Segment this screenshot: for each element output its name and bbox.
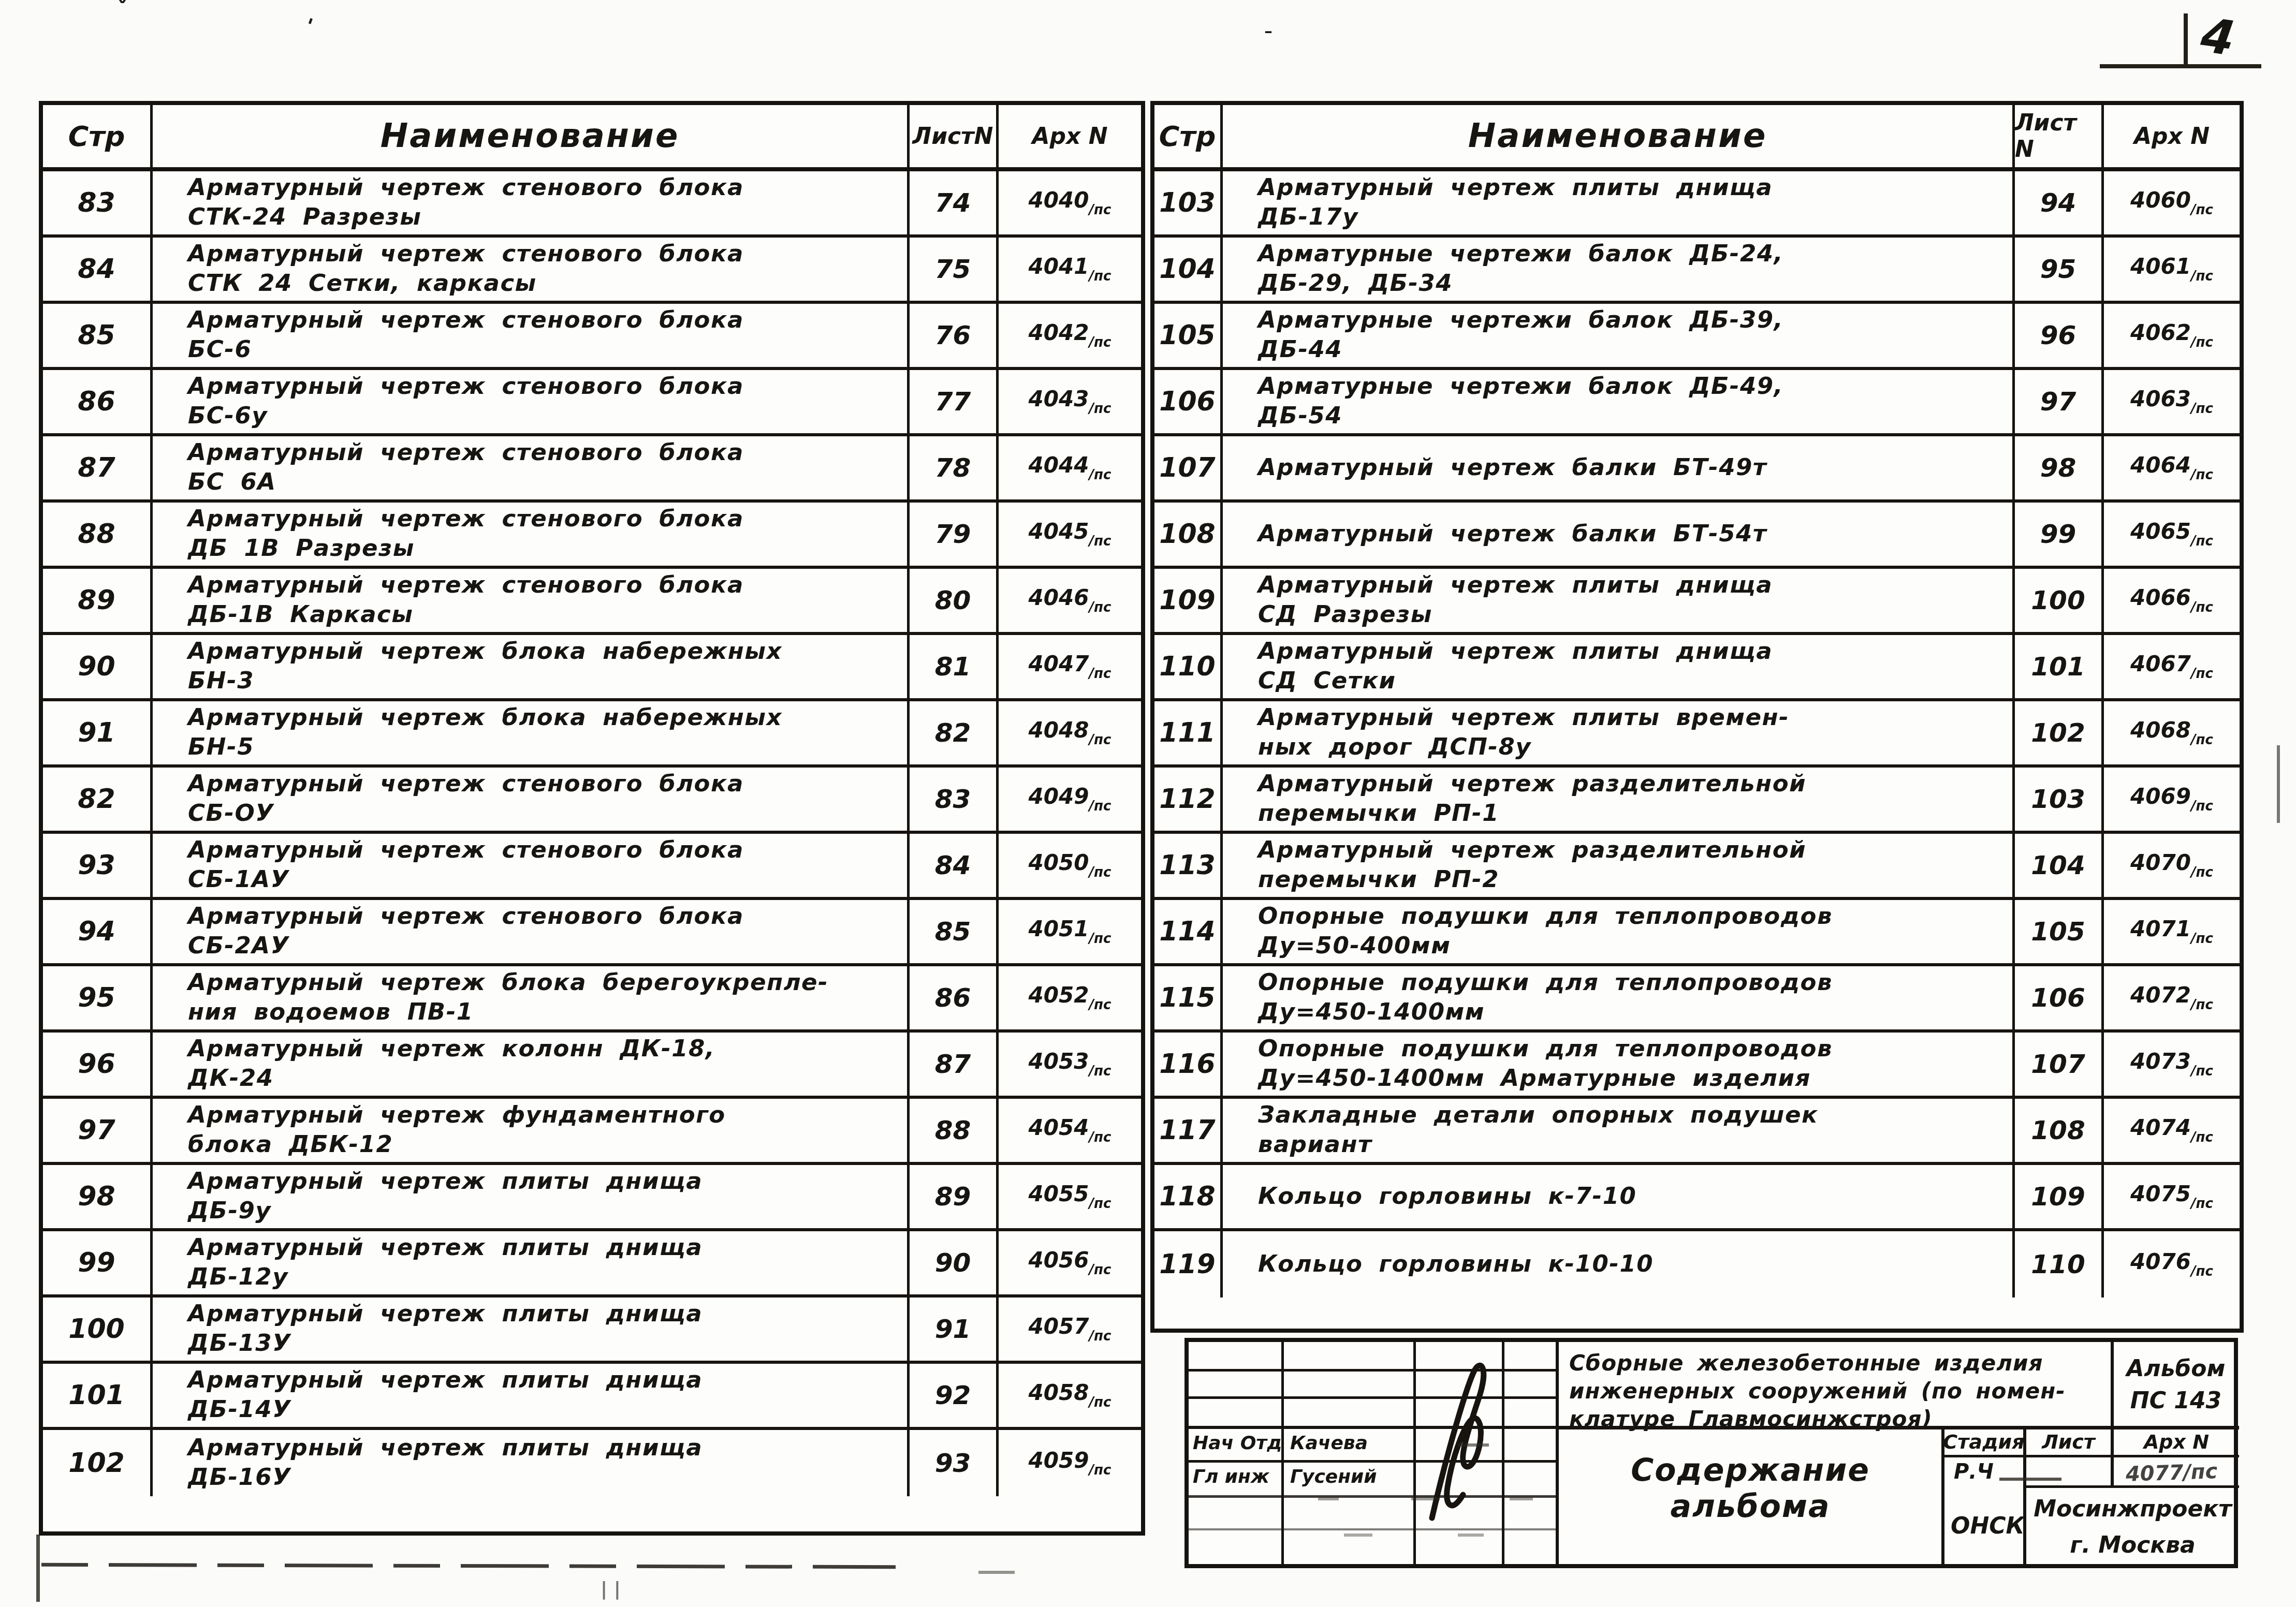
page-number: 109 — [1159, 585, 1216, 616]
arch-number-cell: 4045/пс — [999, 503, 1141, 566]
header-arch-label: Арх N — [2134, 123, 2210, 150]
arch-number-cell: 4061/пс — [2104, 238, 2240, 301]
drawing-title-cell: Арматурный чертеж колонн ДК-18, ДК-24 — [153, 1033, 910, 1096]
sheet-number: 95 — [2040, 254, 2076, 284]
arch-suffix: /пс — [1089, 468, 1111, 483]
drawing-title-cell: Арматурный чертеж плиты днища ДБ-9у — [153, 1165, 910, 1228]
page-number: 101 — [68, 1380, 125, 1411]
contents-table-left: Стр Наименование ЛистN Арх N 83Арматурны… — [39, 101, 1145, 1536]
staff-name-2: Гусений — [1290, 1466, 1377, 1487]
sheet-number-cell: 74 — [910, 171, 999, 234]
stray-mark — [1318, 1497, 1339, 1500]
table-row: 86Арматурный чертеж стенового блока БС-6… — [43, 370, 1141, 436]
sheet-number-cell: 99 — [2015, 503, 2104, 566]
page-number-cell: 91 — [43, 701, 153, 764]
page-number: 94 — [78, 916, 115, 947]
arch-number-cell: 4072/пс — [2104, 966, 2240, 1029]
sheet-number: 86 — [935, 983, 971, 1013]
table-row: 101Арматурный чертеж плиты днища ДБ-14У9… — [43, 1364, 1141, 1430]
arch-number: 4066/пс — [2130, 585, 2213, 615]
header-name-label: Наименование — [381, 117, 680, 155]
drawing-title: Арматурный чертеж стенового блока СБ-ОУ — [188, 769, 744, 828]
arch-number-cell: 4051/пс — [999, 900, 1141, 963]
stray-mark: ' — [302, 14, 316, 38]
arch-number: 4053/пс — [1029, 1049, 1112, 1079]
stray-mark: ˍ — [1263, 10, 1274, 34]
arch-number-cell: 4068/пс — [2104, 701, 2240, 764]
arch-number-cell: 4070/пс — [2104, 834, 2240, 897]
drawing-title-cell: Арматурный чертеж блока набережных БН-5 — [153, 701, 910, 764]
page-number-cell: 95 — [43, 966, 153, 1029]
arch-number: 4042/пс — [1029, 320, 1112, 350]
drawing-title: Арматурный чертеж плиты днища ДБ-12у — [188, 1232, 703, 1291]
sheet-frame-corner-horizontal — [2100, 64, 2261, 68]
table-row: 87Арматурный чертеж стенового блока БС 6… — [43, 436, 1141, 503]
drawing-title-cell: Закладные детали опорных подушек вариант — [1223, 1099, 2015, 1162]
divider — [1189, 1528, 1556, 1530]
sheet-number: 101 — [2031, 652, 2085, 682]
page-number-cell: 115 — [1154, 966, 1223, 1029]
arch-number: 4052/пс — [1029, 982, 1112, 1013]
contents-table-right: Стр Наименование Лист N Арх N 103Арматур… — [1150, 101, 2244, 1333]
sheet-number-cell: 104 — [2015, 834, 2104, 897]
header-page-column: Стр — [43, 105, 153, 167]
page-number-cell: 85 — [43, 304, 153, 367]
arch-number: 4057/пс — [1029, 1314, 1112, 1344]
drawing-title-cell: Арматурный чертеж блока набережных БН-3 — [153, 635, 910, 698]
sheet-number-cell: 97 — [2015, 370, 2104, 433]
project-name: Сборные железобетонные изделия инженерны… — [1569, 1349, 2108, 1433]
sheet-number: 94 — [2040, 188, 2076, 218]
arch-suffix: /пс — [2191, 932, 2213, 947]
arch-number: 4067/пс — [2130, 651, 2213, 682]
sheet-number: 107 — [2031, 1049, 2085, 1079]
department-code: ОНСК — [1951, 1513, 2024, 1539]
sheet-number: 76 — [935, 320, 971, 350]
table-row: 102Арматурный чертеж плиты днища ДБ-16У9… — [43, 1430, 1141, 1496]
table-row: 93Арматурный чертеж стенового блока СБ-1… — [43, 834, 1141, 900]
drawing-title: Арматурный чертеж плиты времен- ных доро… — [1258, 702, 1789, 761]
drawing-title-cell: Арматурный чертеж фундаментного блока ДБ… — [153, 1099, 910, 1162]
page-number: 96 — [78, 1049, 115, 1080]
divider — [1413, 1342, 1416, 1564]
drawing-title: Арматурный чертеж стенового блока СБ-1АУ — [188, 835, 744, 894]
arch-number-cell: 4044/пс — [999, 436, 1141, 499]
arch-suffix: /пс — [2191, 1264, 2213, 1280]
arch-suffix: /пс — [1089, 269, 1111, 285]
drawing-title-cell: Арматурный чертеж стенового блока ДБ 1В … — [153, 503, 910, 566]
arch-suffix: /пс — [1089, 1197, 1111, 1212]
arch-number: 4074/пс — [2130, 1115, 2213, 1145]
sheet-number: 89 — [935, 1182, 971, 1212]
sheet-number-cell: 90 — [910, 1231, 999, 1294]
sheet-number: 99 — [2040, 519, 2076, 549]
page-number: 4 — [2198, 7, 2238, 67]
page-number: 119 — [1159, 1249, 1216, 1280]
page-number-cell: 108 — [1154, 503, 1223, 566]
page-number-cell: 99 — [43, 1231, 153, 1294]
arch-number-cell: 4064/пс — [2104, 436, 2240, 499]
sheet-number: 81 — [935, 652, 971, 682]
arch-number-cell: 4054/пс — [999, 1099, 1141, 1162]
table-row: 96Арматурный чертеж колонн ДК-18, ДК-248… — [43, 1033, 1141, 1099]
table-row: 119Кольцо горловины к-10-101104076/пс — [1154, 1231, 2240, 1298]
sheet-number-cell: 81 — [910, 635, 999, 698]
sheet-number-cell: 100 — [2015, 569, 2104, 632]
arch-number: 4056/пс — [1029, 1247, 1112, 1278]
arch-number-cell: 4048/пс — [999, 701, 1141, 764]
drawing-title-cell: Арматурный чертеж плиты времен- ных доро… — [1223, 701, 2015, 764]
drawing-title: Арматурные чертежи балок ДБ-39, ДБ-44 — [1258, 305, 1783, 364]
arch-number: 4047/пс — [1029, 651, 1112, 682]
page-number: 87 — [78, 452, 115, 483]
sheet-number: 80 — [935, 585, 971, 615]
table-row: 116Опорные подушки для теплопроводов Ду=… — [1154, 1033, 2240, 1099]
header-name-column: Наименование — [1223, 105, 2015, 167]
page-number-cell: 103 — [1154, 171, 1223, 234]
drawing-title-cell: Арматурные чертежи балок ДБ-24, ДБ-29, Д… — [1223, 238, 2015, 301]
arch-number-cell: 4066/пс — [2104, 569, 2240, 632]
page-number: 82 — [78, 784, 115, 815]
page-number: 107 — [1159, 452, 1216, 483]
page-number: 104 — [1159, 254, 1216, 285]
arch-suffix: /пс — [1089, 733, 1111, 748]
sheet-number-cell: 79 — [910, 503, 999, 566]
page-number-cell: 114 — [1154, 900, 1223, 963]
arch-number: 4049/пс — [1029, 784, 1112, 814]
arch-number: 4059/пс — [1029, 1448, 1112, 1478]
table-row: 83Арматурный чертеж стенового блока СТК-… — [43, 171, 1141, 238]
drawing-title-cell: Арматурный чертеж плиты днища ДБ-14У — [153, 1364, 910, 1427]
arch-number: 4045/пс — [1029, 519, 1112, 549]
arch-suffix: /пс — [1089, 600, 1111, 616]
arch-number-cell: 4076/пс — [2104, 1231, 2240, 1298]
arch-number-cell: 4069/пс — [2104, 768, 2240, 831]
page-number-cell: 116 — [1154, 1033, 1223, 1096]
stray-mark — [1411, 1497, 1440, 1500]
drawing-title: Арматурный чертеж плиты днища ДБ-16У — [188, 1433, 703, 1492]
page-number-cell: 84 — [43, 238, 153, 301]
drawing-title-cell: Арматурные чертежи балок ДБ-39, ДБ-44 — [1223, 304, 2015, 367]
arch-number-cell: 4052/пс — [999, 966, 1141, 1029]
drawing-title: Арматурный чертеж плиты днища СД Сетки — [1258, 636, 1773, 695]
drawing-title-cell: Арматурный чертеж разделительной перемыч… — [1223, 834, 2015, 897]
drawing-title-cell: Арматурный чертеж стенового блока БС 6А — [153, 436, 910, 499]
table-row: 115Опорные подушки для теплопроводов Ду=… — [1154, 966, 2240, 1033]
page-number-cell: 112 — [1154, 768, 1223, 831]
sheet-number-cell: 101 — [2015, 635, 2104, 698]
page-number: 83 — [78, 187, 115, 218]
drawing-title: Кольцо горловины к-10-10 — [1258, 1249, 1654, 1278]
stray-mark — [1458, 1534, 1484, 1537]
arch-suffix: /пс — [2191, 865, 2213, 881]
page-number: 89 — [78, 585, 115, 616]
drawing-title: Арматурный чертеж плиты днища ДБ-9у — [188, 1166, 703, 1225]
page-number: 93 — [78, 850, 115, 881]
arch-suffix: /пс — [2191, 269, 2213, 285]
table-row: 99Арматурный чертеж плиты днища ДБ-12у90… — [43, 1231, 1141, 1298]
sheet-number-cell: 105 — [2015, 900, 2104, 963]
sheet-number-cell: 75 — [910, 238, 999, 301]
arch-number: 4062/пс — [2130, 320, 2213, 350]
drawing-title: Арматурный чертеж стенового блока СБ-2АУ — [188, 901, 744, 960]
stray-mark — [1344, 1534, 1372, 1537]
stray-mark: | | — [601, 1579, 621, 1600]
table-row: 113Арматурный чертеж разделительной пере… — [1154, 834, 2240, 900]
arch-number: 4076/пс — [2130, 1249, 2213, 1279]
arch-number: 4055/пс — [1029, 1181, 1112, 1212]
drawing-title: Арматурный чертеж блока берегоукрепле- н… — [188, 967, 828, 1026]
arch-number: 4040/пс — [1029, 187, 1112, 218]
drawing-title: Арматурный чертеж стенового блока БС-6у — [188, 371, 744, 430]
arch-number: 4050/пс — [1029, 850, 1112, 880]
page-number: 110 — [1159, 651, 1216, 682]
sheet-number-cell: 91 — [910, 1298, 999, 1361]
arch-suffix: /пс — [2191, 1064, 2213, 1080]
table-row: 110Арматурный чертеж плиты днища СД Сетк… — [1154, 635, 2240, 701]
arch-suffix: /пс — [2191, 600, 2213, 616]
drawing-title-cell: Кольцо горловины к-7-10 — [1223, 1165, 2015, 1228]
page-number-cell: 104 — [1154, 238, 1223, 301]
arch-number-cell: 4053/пс — [999, 1033, 1141, 1096]
arch-suffix: /пс — [1089, 1395, 1111, 1411]
arch-number: 4075/пс — [2130, 1181, 2213, 1212]
album-label: Альбом ПС 143 — [2114, 1346, 2238, 1424]
drawing-title-cell: Арматурный чертеж стенового блока БС-6у — [153, 370, 910, 433]
sheet-number: 87 — [935, 1049, 971, 1079]
document-title: Содержание альбома — [1559, 1429, 1942, 1548]
drawing-title: Арматурный чертеж фундаментного блока ДБ… — [188, 1100, 726, 1159]
sheet-number: 90 — [935, 1248, 971, 1278]
arch-number: 4041/пс — [1029, 254, 1112, 284]
divider — [1941, 1455, 2239, 1457]
table-row: 107Арматурный чертеж балки БТ-49т984064/… — [1154, 436, 2240, 503]
sheet-number-cell: 93 — [910, 1430, 999, 1496]
arch-suffix: /пс — [1089, 402, 1111, 417]
page-number: 86 — [78, 386, 115, 417]
arch-suffix: /пс — [1089, 865, 1111, 881]
arch-number-cell: 4060/пс — [2104, 171, 2240, 234]
title-block: Нач Отд Качева Гл инж Гусений Сборные же… — [1184, 1338, 2238, 1568]
drawing-title-cell: Арматурный чертеж разделительной перемыч… — [1223, 768, 2015, 831]
table-row: 94Арматурный чертеж стенового блока СБ-2… — [43, 900, 1141, 966]
header-arch-label: Арх N — [1032, 123, 1107, 150]
arch-number-cell: 4057/пс — [999, 1298, 1141, 1361]
page-number-cell: 87 — [43, 436, 153, 499]
sheet-number: 104 — [2031, 850, 2085, 880]
table-row: 104Арматурные чертежи балок ДБ-24, ДБ-29… — [1154, 238, 2240, 304]
arch-number: 4060/пс — [2130, 187, 2213, 218]
arch-suffix: /пс — [2191, 534, 2213, 550]
page-number-cell: 113 — [1154, 834, 1223, 897]
drawing-title: Арматурный чертеж стенового блока СТК-24… — [188, 172, 744, 231]
arch-value: 4077/пс — [2125, 1459, 2218, 1486]
sheet-number-cell: 103 — [2015, 768, 2104, 831]
table-row: 111Арматурный чертеж плиты времен- ных д… — [1154, 701, 2240, 768]
header-page-column: Стр — [1154, 105, 1223, 167]
page-number-cell: 109 — [1154, 569, 1223, 632]
drawing-title-cell: Арматурный чертеж балки БТ-54т — [1223, 503, 2015, 566]
drawing-title-cell: Арматурный чертеж стенового блока СТК-24… — [153, 171, 910, 234]
sheet-number-cell: 94 — [2015, 171, 2104, 234]
drawing-title-cell: Арматурный чертеж стенового блока СБ-ОУ — [153, 768, 910, 831]
table-row: 105Арматурные чертежи балок ДБ-39, ДБ-44… — [1154, 304, 2240, 370]
table-row: 100Арматурный чертеж плиты днища ДБ-13У9… — [43, 1298, 1141, 1364]
sheet-number: 77 — [935, 387, 971, 417]
sheet-number-cell: 109 — [2015, 1165, 2104, 1228]
arch-number: 4071/пс — [2130, 916, 2213, 947]
arch-number: 4064/пс — [2130, 452, 2213, 483]
arch-suffix: /пс — [1089, 1064, 1111, 1080]
table-row: 84Арматурный чертеж стенового блока СТК … — [43, 238, 1141, 304]
drawing-title-cell: Арматурный чертеж стенового блока БС-6 — [153, 304, 910, 367]
page-number-cell: 83 — [43, 171, 153, 234]
sheet-number-cell: 82 — [910, 701, 999, 764]
arch-number: 4046/пс — [1029, 585, 1112, 615]
drawing-title: Арматурный чертеж плиты днища ДБ-17у — [1258, 172, 1773, 231]
drawing-title-cell: Опорные подушки для теплопроводов Ду=50-… — [1223, 900, 2015, 963]
sheet-number-cell: 84 — [910, 834, 999, 897]
drawing-title-cell: Арматурный чертеж стенового блока СТК 24… — [153, 238, 910, 301]
sheet-number: 84 — [935, 850, 971, 880]
drawing-title-cell: Арматурные чертежи балок ДБ-49, ДБ-54 — [1223, 370, 2015, 433]
drawing-title: Закладные детали опорных подушек вариант — [1258, 1100, 1818, 1159]
header-sheet-column: ЛистN — [910, 105, 999, 167]
sheet-number-cell: 92 — [910, 1364, 999, 1427]
arch-number: 4072/пс — [2130, 982, 2213, 1013]
page-number-cell: 82 — [43, 768, 153, 831]
arch-number: 4069/пс — [2130, 784, 2213, 814]
page-number-cell: 101 — [43, 1364, 153, 1427]
table-row: 103Арматурный чертеж плиты днища ДБ-17у9… — [1154, 171, 2240, 238]
table-row: 95Арматурный чертеж блока берегоукрепле-… — [43, 966, 1141, 1033]
drawing-title-cell: Арматурный чертеж стенового блока СБ-1АУ — [153, 834, 910, 897]
drawing-title: Кольцо горловины к-7-10 — [1258, 1181, 1636, 1211]
arch-header: Арх N — [2114, 1429, 2239, 1455]
stage-value: Р.Ч — [1954, 1460, 1994, 1484]
sheet-number-cell: 88 — [910, 1099, 999, 1162]
header-name-label: Наименование — [1468, 117, 1767, 155]
arch-suffix: /пс — [2191, 335, 2213, 351]
sheet-number-cell: 86 — [910, 966, 999, 1029]
page-number: 118 — [1159, 1181, 1216, 1212]
drawing-title: Арматурный чертеж стенового блока ДБ-1В … — [188, 570, 744, 629]
drawing-title-cell: Арматурный чертеж плиты днища СД Разрезы — [1223, 569, 2015, 632]
arch-suffix: /пс — [1089, 667, 1111, 682]
drawing-title-cell: Арматурный чертеж плиты днища ДБ-12у — [153, 1231, 910, 1294]
drawing-title: Арматурный чертеж стенового блока БС-6 — [188, 305, 744, 364]
page-number-cell: 117 — [1154, 1099, 1223, 1162]
drawing-title: Арматурный чертеж плиты днища ДБ-14У — [188, 1365, 703, 1424]
arch-suffix: /пс — [1089, 534, 1111, 550]
drawing-title: Опорные подушки для теплопроводов Ду=450… — [1258, 967, 1833, 1026]
drawing-title: Арматурные чертежи балок ДБ-49, ДБ-54 — [1258, 371, 1783, 430]
arch-suffix: /пс — [1089, 335, 1111, 351]
drawing-title: Арматурный чертеж балки БТ-54т — [1258, 519, 1767, 548]
arch-suffix: /пс — [1089, 799, 1111, 815]
drawing-title: Арматурный чертеж разделительной перемыч… — [1258, 769, 1806, 828]
sheet-number-cell: 77 — [910, 370, 999, 433]
page-number-cell: 107 — [1154, 436, 1223, 499]
sheet-number: 75 — [935, 254, 971, 284]
page-number: 98 — [78, 1181, 115, 1212]
sheet-number: 97 — [2040, 387, 2076, 417]
page-number: 112 — [1159, 784, 1216, 815]
page-number-cell: 106 — [1154, 370, 1223, 433]
page-number-cell: 102 — [43, 1430, 153, 1496]
sheet-number: 108 — [2031, 1115, 2085, 1145]
page-number-cell: 94 — [43, 900, 153, 963]
drawing-title-cell: Арматурный чертеж стенового блока СБ-2АУ — [153, 900, 910, 963]
page-number: 100 — [68, 1314, 125, 1345]
table-row: 91Арматурный чертеж блока набережных БН-… — [43, 701, 1141, 768]
sheet-number-cell: 108 — [2015, 1099, 2104, 1162]
sheet-number: 109 — [2031, 1182, 2085, 1212]
page-number: 105 — [1159, 320, 1216, 351]
drawing-title-cell: Кольцо горловины к-10-10 — [1223, 1231, 2015, 1298]
drawing-title-cell: Арматурный чертеж плиты днища ДБ-17у — [1223, 171, 2015, 234]
sheet-number-cell: 89 — [910, 1165, 999, 1228]
drawing-title-cell: Опорные подушки для теплопроводов Ду=450… — [1223, 1033, 2015, 1096]
table-row: 106Арматурные чертежи балок ДБ-49, ДБ-54… — [1154, 370, 2240, 436]
sheet-number: 85 — [935, 917, 971, 947]
drawing-title-cell: Арматурный чертеж плиты днища ДБ-13У — [153, 1298, 910, 1361]
sheet-number-cell: 110 — [2015, 1231, 2104, 1298]
drawing-title-cell: Арматурный чертеж плиты днища СД Сетки — [1223, 635, 2015, 698]
arch-suffix: /пс — [2191, 1197, 2213, 1212]
arch-number-cell: 4071/пс — [2104, 900, 2240, 963]
drawing-title: Арматурный чертеж стенового блока БС 6А — [188, 437, 744, 496]
drawing-title: Арматурные чертежи балок ДБ-24, ДБ-29, Д… — [1258, 239, 1783, 298]
page-number: 114 — [1159, 916, 1216, 947]
arch-suffix: /пс — [1089, 1329, 1111, 1345]
page-number-cell: 93 — [43, 834, 153, 897]
staff-name-1: Качева — [1290, 1433, 1368, 1454]
table-header-row: Стр Наименование Лист N Арх N — [1154, 105, 2240, 171]
table-row: 108Арматурный чертеж балки БТ-54т994065/… — [1154, 503, 2240, 569]
sheet-number: 100 — [2031, 585, 2085, 615]
page-number-cell: 118 — [1154, 1165, 1223, 1228]
sheet-number: 88 — [935, 1115, 971, 1145]
drawing-title: Арматурный чертеж плиты днища СД Разрезы — [1258, 570, 1773, 629]
table-row: 89Арматурный чертеж стенового блока ДБ-1… — [43, 569, 1141, 635]
arch-number-cell: 4073/пс — [2104, 1033, 2240, 1096]
arch-number-cell: 4049/пс — [999, 768, 1141, 831]
drawing-title: Арматурный чертеж плиты днища ДБ-13У — [188, 1299, 703, 1358]
arch-number: 4073/пс — [2130, 1049, 2213, 1079]
table-header-row: Стр Наименование ЛистN Арх N — [43, 105, 1141, 171]
sheet-number: 105 — [2031, 917, 2085, 947]
drawing-title-cell: Опорные подушки для теплопроводов Ду=450… — [1223, 966, 2015, 1029]
header-sheet-label: Лист N — [2015, 110, 2101, 163]
sheet-value-dash — [1999, 1478, 2061, 1481]
sheet-number: 96 — [2040, 320, 2076, 350]
table-row: 118Кольцо горловины к-7-101094075/пс — [1154, 1165, 2240, 1231]
drawing-title: Опорные подушки для теплопроводов Ду=450… — [1258, 1034, 1833, 1093]
arch-suffix: /пс — [1089, 1130, 1111, 1146]
sheet-number-cell: 107 — [2015, 1033, 2104, 1096]
sheet-number-cell: 98 — [2015, 436, 2104, 499]
page-number: 95 — [78, 982, 115, 1013]
stray-mark — [2277, 745, 2280, 823]
arch-number: 4048/пс — [1029, 717, 1112, 748]
stray-mark: ˇ — [116, 0, 128, 24]
sheet-number: 92 — [935, 1380, 971, 1410]
document-page: { "page": { "corner_number": "4" }, "lef… — [0, 0, 2296, 1607]
page-number: 84 — [78, 254, 115, 285]
sheet-number-cell: 83 — [910, 768, 999, 831]
stray-mark — [36, 1535, 40, 1602]
